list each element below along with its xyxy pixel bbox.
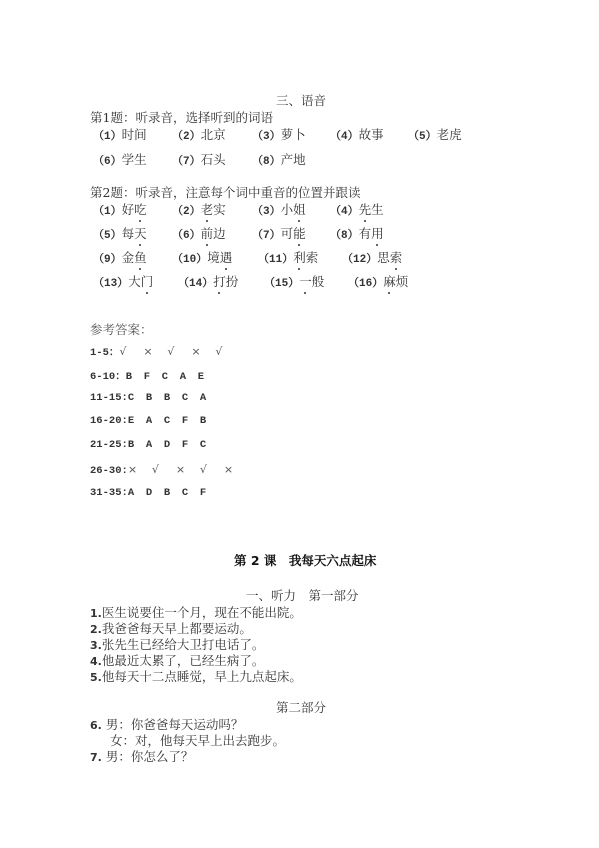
q2-word: （3）小姐 (252, 200, 306, 218)
stressed-syllable: 一 (299, 272, 312, 290)
q2-word: （8）有用 (330, 224, 384, 242)
q2-word: （6）前边 (172, 224, 226, 242)
answer-row: 21-25:BADFC (90, 439, 218, 451)
part-2-title: 第二部分 (276, 698, 326, 716)
q1-option: （3）萝卜 (252, 125, 306, 143)
q1-option: （6）学生 (93, 150, 147, 168)
question-2-title: 第2题：听录音，注意每个词中重音的位置并跟读 (90, 183, 360, 201)
answer-row: 11-15:CBBCA (90, 392, 218, 404)
stressed-syllable: 前 (201, 224, 214, 242)
q2-word: （16）麻烦 (348, 272, 408, 290)
stressed-syllable: 门 (141, 272, 154, 290)
lesson-title: 第 2 课 我每天六点起床 (234, 551, 376, 569)
q2-word: （15）一般 (264, 272, 324, 290)
q2-word: （1）好吃 (93, 200, 147, 218)
q1-option: （1）时间 (93, 125, 147, 143)
answers-title: 参考答案： (90, 320, 153, 338)
answer-row: 6-10：BFCAE (90, 368, 216, 383)
stressed-syllable: 能 (293, 224, 306, 242)
part-1-title: 一、听力 第一部分 (246, 586, 359, 604)
q2-word: （2）老实 (172, 200, 226, 218)
stressed-syllable: 先 (359, 200, 372, 218)
listening-line: 5.他每天十二点睡觉，早上九点起床。 (90, 667, 302, 685)
q2-word: （13）大门 (93, 272, 153, 290)
q1-option: （7）石头 (172, 150, 226, 168)
q1-option: （2）北京 (172, 125, 226, 143)
q2-word: （10）境遇 (172, 248, 232, 266)
stressed-syllable: 老 (201, 200, 214, 218)
q2-word: （9）金鱼 (93, 248, 147, 266)
stressed-syllable: 姐 (293, 200, 306, 218)
q2-word: （4）先生 (330, 200, 384, 218)
answer-row: 1-5：√×√×√ (90, 344, 239, 359)
q1-option: （8）产地 (252, 150, 306, 168)
q1-option: （5）老虎 (408, 125, 462, 143)
dialogue-line: 7. 男：你怎么了？ (90, 747, 193, 765)
answer-row: 26-30:×√×√× (90, 463, 248, 477)
q2-word: （11）利索 (258, 248, 318, 266)
stressed-syllable: 用 (371, 224, 384, 242)
q1-option: （4）故事 (330, 125, 384, 143)
stressed-syllable: 利 (293, 248, 306, 266)
stressed-syllable: 索 (390, 248, 403, 266)
q2-word: （7）可能 (252, 224, 306, 242)
answer-row: 31-35:ADBCF (90, 487, 218, 499)
stressed-syllable: 遇 (220, 248, 233, 266)
q2-word: （12）思索 (342, 248, 402, 266)
q2-word: （14）打扮 (178, 272, 238, 290)
question-1-title: 第1题：听录音，选择听到的词语 (90, 108, 273, 126)
section-title: 三、语音 (276, 91, 326, 109)
stressed-syllable: 吃 (134, 200, 147, 218)
q2-word: （5）每天 (93, 224, 147, 242)
stressed-syllable: 打 (213, 272, 226, 290)
stressed-syllable: 麻 (383, 272, 396, 290)
stressed-syllable: 天 (134, 224, 147, 242)
stressed-syllable: 鱼 (134, 248, 147, 266)
answer-row: 16-20:EACFB (90, 415, 218, 427)
